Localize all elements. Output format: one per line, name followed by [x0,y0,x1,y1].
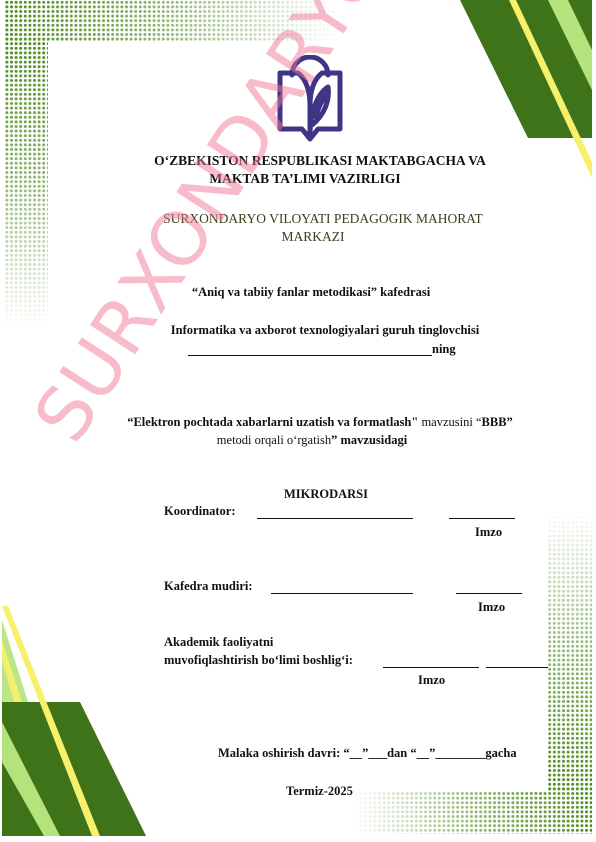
academic-head-label: muvofiqlashtirish bo‘limi boshlig‘i: [164,652,353,669]
coordinator-label: Koordinator: [164,503,236,520]
head-of-department-signature-caption: Imzo [478,599,505,616]
topic-method: BBB” [482,415,513,429]
document-page: O‘ZBEKISTON RESPUBLIKASI MAKTABGACHA VA … [0,0,596,842]
center-title-line2: MARKAZI [0,228,596,245]
ministry-title-line1: O‘ZBEKISTON RESPUBLIKASI MAKTABGACHA VA [0,152,596,169]
academic-head-signature-caption: Imzo [418,672,445,689]
coordinator-name-blank[interactable] [257,518,413,519]
coordinator-signature-blank[interactable] [449,518,515,519]
topic-suffix: ” mavzusidagi [331,433,407,447]
ministry-title-line2: MAKTAB TA’LIMI VAZIRLIGI [0,170,596,187]
department-name: “Aniq va tabiiy fanlar metodikasi” kafed… [0,284,596,301]
academic-head-name-blank[interactable] [383,667,479,668]
head-of-department-label: Kafedra mudiri: [164,578,253,595]
student-name-blank[interactable] [188,355,432,356]
academic-head-signature-blank[interactable] [486,667,548,668]
group-line: Informatika va axborot texnologiyalari g… [0,322,596,339]
center-title-line1: SURXONDARYO VILOYATI PEDAGOGIK MAHORAT [0,210,596,227]
lesson-type: MIKRODARSI [0,486,596,503]
place-and-year: Termiz-2025 [286,783,353,800]
coordinator-signature-caption: Imzo [475,524,502,541]
topic-method-desc: metodi orqali o‘rgatish [217,433,331,447]
topic-title: “Elektron pochtada xabarlarni uzatish va… [127,415,418,429]
lesson-topic-line2: metodi orqali o‘rgatish” mavzusidagi [0,432,596,449]
book-leaf-icon [276,55,344,143]
topic-connector: mavzusini “ [418,415,481,429]
lesson-topic-line1: “Elektron pochtada xabarlarni uzatish va… [0,414,596,431]
head-of-department-name-blank[interactable] [271,593,413,594]
head-of-department-signature-blank[interactable] [456,593,522,594]
academic-head-label-line1: Akademik faoliyatni [164,634,273,651]
training-period: Malaka oshirish davri: “__”___dan “__”__… [218,745,517,762]
name-suffix: ning [432,341,456,358]
